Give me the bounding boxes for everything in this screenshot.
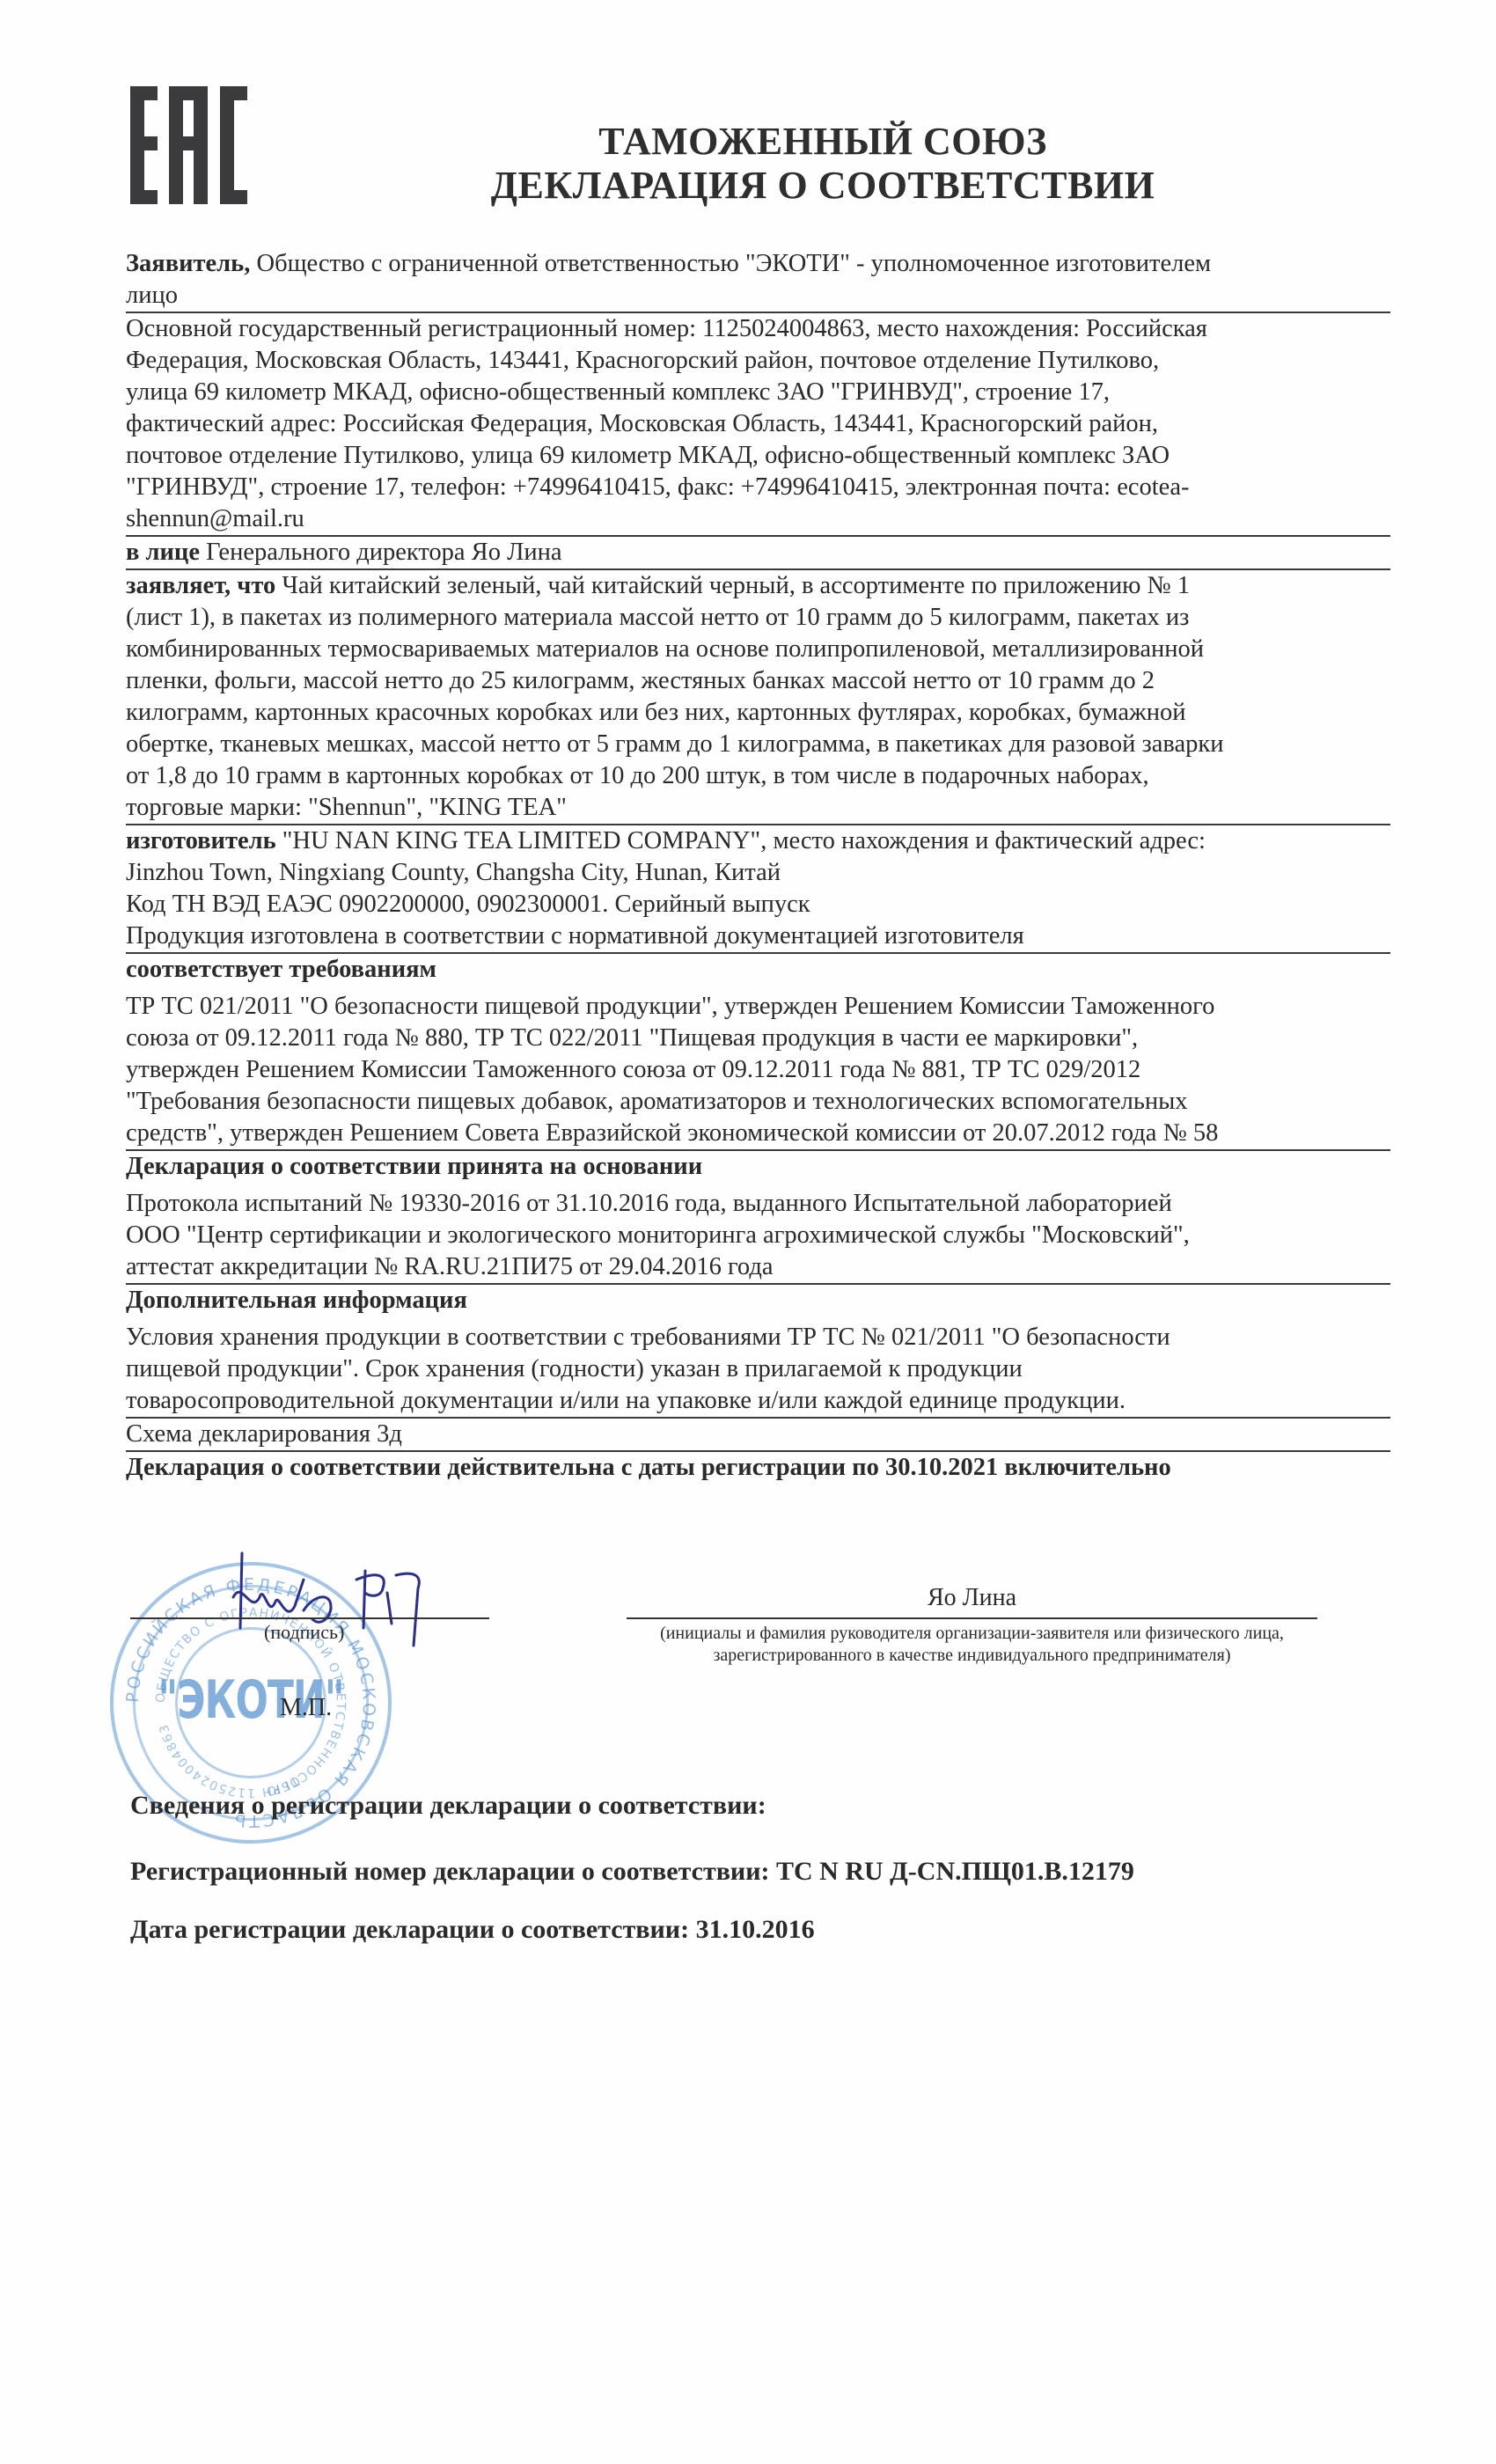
registration-date: Дата регистрации декларации о соответств… — [130, 1915, 815, 1945]
basis-line-1: ООО "Центр сертификации и экологического… — [126, 1220, 1390, 1251]
registration-heading: Сведения о регистрации декларации о соот… — [130, 1791, 766, 1821]
applicant-address-5: "ГРИНВУД", строение 17, телефон: +749964… — [126, 472, 1390, 503]
declares-label: заявляет, что — [126, 572, 275, 599]
requirements-heading: соответствует требованиям — [126, 954, 1390, 986]
signer-caption: (инициалы и фамилия руководителя организ… — [627, 1623, 1317, 1667]
registration-number: Регистрационный номер декларации о соотв… — [130, 1857, 1134, 1887]
manufacturer-label: изготовитель — [126, 827, 276, 854]
basis-line-0: Протокола испытаний № 19330-2016 от 31.1… — [126, 1188, 1390, 1220]
applicant-address-1: Федерация, Московская Область, 143441, К… — [126, 345, 1390, 377]
applicant-address-0: Основной государственный регистрационный… — [126, 313, 1390, 345]
signer-name: Яо Лина — [627, 1584, 1317, 1612]
declaration-scheme: Схема декларирования 3д — [126, 1419, 1390, 1452]
applicant-line-2: лицо — [126, 280, 1390, 313]
validity-statement: Декларация о соответствии действительна … — [126, 1452, 1390, 1484]
declares-line-7: торговые марки: "Shennun", "KING TEA" — [126, 792, 1390, 825]
applicant-address-2: улица 69 километр МКАД, офисно-обществен… — [126, 377, 1390, 408]
requirements-line-4: средств", утвержден Решением Совета Евра… — [126, 1118, 1390, 1151]
additional-line-0: Условия хранения продукции в соответстви… — [126, 1322, 1390, 1353]
manufacturer-address: Jinzhou Town, Ningxiang County, Changsha… — [126, 857, 1390, 889]
production-basis: Продукция изготовлена в соответствии с н… — [126, 920, 1390, 954]
signer-name-line — [627, 1617, 1317, 1619]
additional-line-2: товаросопроводительной документации и/ил… — [126, 1385, 1390, 1419]
requirements-line-1: союза от 09.12.2011 года № 880, ТР ТС 02… — [126, 1023, 1390, 1054]
signature-caption: (подпись) — [264, 1621, 344, 1644]
requirements-line-3: "Требования безопасности пищевых добавок… — [126, 1086, 1390, 1118]
representative-value: Генерального директора Яо Лина — [200, 539, 562, 566]
declares-line-5: обертке, тканевых мешках, массой нетто о… — [126, 729, 1390, 760]
applicant-label: Заявитель, — [126, 250, 250, 277]
basis-line-2: аттестат аккредитации № RA.RU.21ПИ75 от … — [126, 1251, 1390, 1285]
representative-line: в лице Генерального директора Яо Лина — [126, 537, 1390, 570]
signer-caption-line-1: (инициалы и фамилия руководителя организ… — [627, 1623, 1317, 1645]
manufacturer-line: изготовитель "HU NAN KING TEA LIMITED CO… — [126, 825, 1390, 857]
basis-heading: Декларация о соответствии принята на осн… — [126, 1151, 1390, 1183]
applicant-email: shennun@mail.ru — [126, 503, 1390, 537]
header-declaration-title: ДЕКЛАРАЦИЯ О СООТВЕТСТВИИ — [0, 164, 1496, 208]
applicant-address-3: фактический адрес: Российская Федерация,… — [126, 408, 1390, 440]
declares-line-3: пленки, фольги, массой нетто до 25 килог… — [126, 665, 1390, 697]
declares-line-4: килограмм, картонных красочных коробках … — [126, 697, 1390, 729]
additional-line-1: пищевой продукции". Срок хранения (годно… — [126, 1353, 1390, 1385]
hs-code: Код ТН ВЭД ЕАЭС 0902200000, 0902300001. … — [126, 889, 1390, 920]
applicant-address-4: почтовое отделение Путилково, улица 69 к… — [126, 440, 1390, 472]
declaration-page: ТАМОЖЕННЫЙ СОЮЗ ДЕКЛАРАЦИЯ О СООТВЕТСТВИ… — [0, 0, 1496, 2464]
applicant-line: Заявитель, Общество с ограниченной ответ… — [126, 248, 1390, 280]
header-customs-union: ТАМОЖЕННЫЙ СОЮЗ — [0, 120, 1496, 164]
declares-line-6: от 1,8 до 10 грамм в картонных коробках … — [126, 760, 1390, 792]
applicant-name: Общество с ограниченной ответственностью… — [250, 250, 1211, 277]
requirements-line-0: ТР ТС 021/2011 "О безопасности пищевой п… — [126, 991, 1390, 1023]
manufacturer-name: "HU NAN KING TEA LIMITED COMPANY", место… — [276, 827, 1206, 854]
signature-line — [130, 1617, 489, 1619]
declaration-body: Заявитель, Общество с ограниченной ответ… — [126, 248, 1390, 1484]
declares-line-0: заявляет, что Чай китайский зеленый, чай… — [126, 570, 1390, 602]
declares-text-0: Чай китайский зеленый, чай китайский чер… — [275, 572, 1190, 599]
additional-heading: Дополнительная информация — [126, 1285, 1390, 1316]
svg-text:ОГРН 1125024004863: ОГРН 1125024004863 — [157, 1722, 302, 1800]
signer-caption-line-2: зарегистрированного в качестве индивидуа… — [627, 1645, 1317, 1667]
seal-company-name: "ЭКОТИ" — [114, 1670, 388, 1731]
declares-line-1: (лист 1), в пакетах из полимерного матер… — [126, 602, 1390, 634]
requirements-line-2: утвержден Решением Комиссии Таможенного … — [126, 1054, 1390, 1086]
seal-placeholder-label: М.П. — [280, 1694, 332, 1722]
declares-line-2: комбинированных термосвариваемых материа… — [126, 634, 1390, 665]
representative-label: в лице — [126, 539, 200, 566]
